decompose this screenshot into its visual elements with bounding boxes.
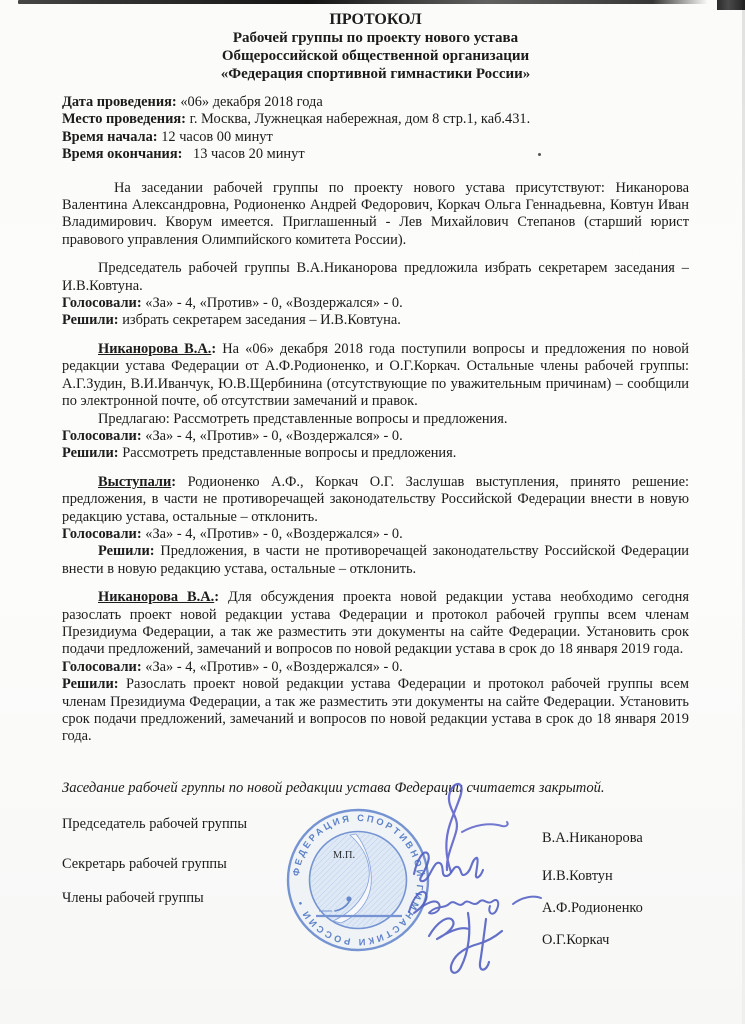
meta-date: Дата проведения: «06» декабря 2018 года: [62, 94, 689, 111]
section-1-statement: Никанорова В.А.: На «06» декабря 2018 го…: [62, 341, 689, 411]
vote-label: Голосовали:: [62, 526, 142, 542]
decision-label: Решили:: [62, 312, 119, 328]
decision-text: Рассмотреть представленные вопросы и пре…: [122, 445, 456, 461]
vote-label: Голосовали:: [62, 659, 142, 675]
signature-name-kovtun: И.В.Ковтун: [542, 868, 613, 885]
round-stamp: ФЕДЕРАЦИЯ СПОРТИВНОЙ ГИМНАСТИКИ РОССИИ •: [288, 810, 428, 950]
vote-label: Голосовали:: [62, 295, 142, 311]
meeting-meta: Дата проведения: «06» декабря 2018 года …: [62, 94, 689, 164]
secretary-decision: Решили: избрать секретарем заседания – И…: [62, 312, 689, 329]
meta-date-label: Дата проведения:: [62, 94, 177, 110]
decision-text: Разослать проект новой редакции устава Ф…: [62, 676, 689, 744]
section-3-colon: :: [214, 589, 219, 605]
secretary-proposal: Председатель рабочей группы В.А.Никаноро…: [62, 260, 689, 295]
section-2-speaker: Выступали: [98, 474, 171, 490]
header-line-3: Общероссийской общественной организации: [62, 47, 689, 65]
scan-artifact-top-line: [18, 0, 708, 4]
meta-place-label: Место проведения:: [62, 111, 186, 127]
section-1-vote: Голосовали: «За» - 4, «Против» - 0, «Воз…: [62, 428, 689, 445]
section-1-proposal: Предлагаю: Рассмотреть представленные во…: [62, 411, 689, 428]
section-2-statement: Выступали: Родионенко А.Ф., Коркач О.Г. …: [62, 474, 689, 526]
signature-korkach: [429, 913, 502, 973]
signature-name-rodionenko: А.Ф.Родионенко: [542, 900, 643, 917]
signature-role-members: Члены рабочей группы: [62, 890, 204, 907]
stamp-gymnast-figure: [333, 834, 371, 923]
stamp-place-label: М.П.: [333, 850, 355, 861]
signature-nikanorova-dash: [462, 822, 508, 832]
signature-kovtun: [414, 852, 483, 881]
signature-name-nikanorova: В.А.Никанорова: [542, 830, 643, 847]
svg-text:ФЕДЕРАЦИЯ СПОРТИВНОЙ ГИМНАСТИК: ФЕДЕРАЦИЯ СПОРТИВНОЙ ГИМНАСТИКИ РОССИИ •: [291, 813, 426, 947]
meta-end: Время окончания: 13 часов 20 минут: [62, 146, 689, 163]
section-3-statement: Никанорова В.А.: Для обсуждения проекта …: [62, 589, 689, 659]
meta-place-value: г. Москва, Лужнецкая набережная, дом 8 с…: [190, 111, 531, 127]
meta-place: Место проведения: г. Москва, Лужнецкая н…: [62, 111, 689, 128]
document-body: ПРОТОКОЛ Рабочей группы по проекту новог…: [62, 11, 689, 777]
section-2: Выступали: Родионенко А.Ф., Коркач О.Г. …: [62, 474, 689, 578]
section-3-speaker: Никанорова В.А.: [98, 589, 214, 605]
decision-label: Решили:: [98, 543, 155, 559]
decision-label: Решили:: [62, 445, 119, 461]
signature-role-chairman: Председатель рабочей группы: [62, 816, 247, 833]
vote-text: «За» - 4, «Против» - 0, «Воздержался» - …: [145, 659, 402, 675]
signature-nikanorova: [446, 784, 461, 872]
decision-label: Решили:: [62, 676, 119, 692]
meta-end-label: Время окончания:: [62, 146, 182, 162]
section-2-decision: Решили: Предложения, в части не противор…: [62, 543, 689, 578]
decision-text: Предложения, в части не противоречащей з…: [62, 543, 689, 576]
decision-text: избрать секретарем заседания – И.В.Ковту…: [122, 312, 401, 328]
meta-start: Время начала: 12 часов 00 минут: [62, 129, 689, 146]
meta-date-value: «06» декабря 2018 года: [180, 94, 322, 110]
secretary-election-block: Председатель рабочей группы В.А.Никаноро…: [62, 260, 689, 330]
signature-name-korkach: О.Г.Коркач: [542, 932, 609, 949]
section-1-colon: :: [211, 341, 216, 357]
signature-rodionenko-dash: [513, 897, 541, 904]
section-2-colon: :: [171, 474, 176, 490]
page-title: ПРОТОКОЛ: [62, 11, 689, 29]
vote-text: «За» - 4, «Против» - 0, «Воздержался» - …: [145, 526, 402, 542]
meta-start-label: Время начала:: [62, 129, 158, 145]
signature-role-secretary: Секретарь рабочей группы: [62, 856, 227, 873]
meta-end-value: 13 часов 20 минут: [186, 146, 305, 162]
scan-artifact-corner: [717, 0, 745, 10]
vote-text: «За» - 4, «Против» - 0, «Воздержался» - …: [145, 428, 402, 444]
header-line-2: Рабочей группы по проекту нового устава: [62, 29, 689, 47]
header-line-4: «Федерация спортивной гимнастики России»: [62, 65, 689, 83]
signature-rodionenko: [409, 892, 498, 914]
section-3-vote: Голосовали: «За» - 4, «Против» - 0, «Воз…: [62, 659, 689, 676]
document-page: ПРОТОКОЛ Рабочей группы по проекту новог…: [0, 0, 745, 1024]
section-3-decision: Решили: Разослать проект новой редакции …: [62, 676, 689, 746]
secretary-vote: Голосовали: «За» - 4, «Против» - 0, «Воз…: [62, 295, 689, 312]
paragraph-attendees: На заседании рабочей группы по проекту н…: [62, 180, 689, 250]
section-1: Никанорова В.А.: На «06» декабря 2018 го…: [62, 341, 689, 463]
vote-label: Голосовали:: [62, 428, 142, 444]
section-1-decision: Решили: Рассмотреть представленные вопро…: [62, 445, 689, 462]
vote-text: «За» - 4, «Против» - 0, «Воздержался» - …: [145, 295, 402, 311]
meta-start-value: 12 часов 00 минут: [161, 129, 273, 145]
section-2-vote: Голосовали: «За» - 4, «Против» - 0, «Воз…: [62, 526, 689, 543]
signature-section: Заседание рабочей группы по новой редакц…: [0, 780, 745, 1024]
section-3: Никанорова В.А.: Для обсуждения проекта …: [62, 589, 689, 746]
closing-statement: Заседание рабочей группы по новой редакц…: [62, 780, 689, 797]
stamp-ring-text: ФЕДЕРАЦИЯ СПОРТИВНОЙ ГИМНАСТИКИ РОССИИ •: [291, 813, 426, 947]
section-1-speaker: Никанорова В.А.: [98, 341, 211, 357]
document-header: ПРОТОКОЛ Рабочей группы по проекту новог…: [62, 11, 689, 83]
